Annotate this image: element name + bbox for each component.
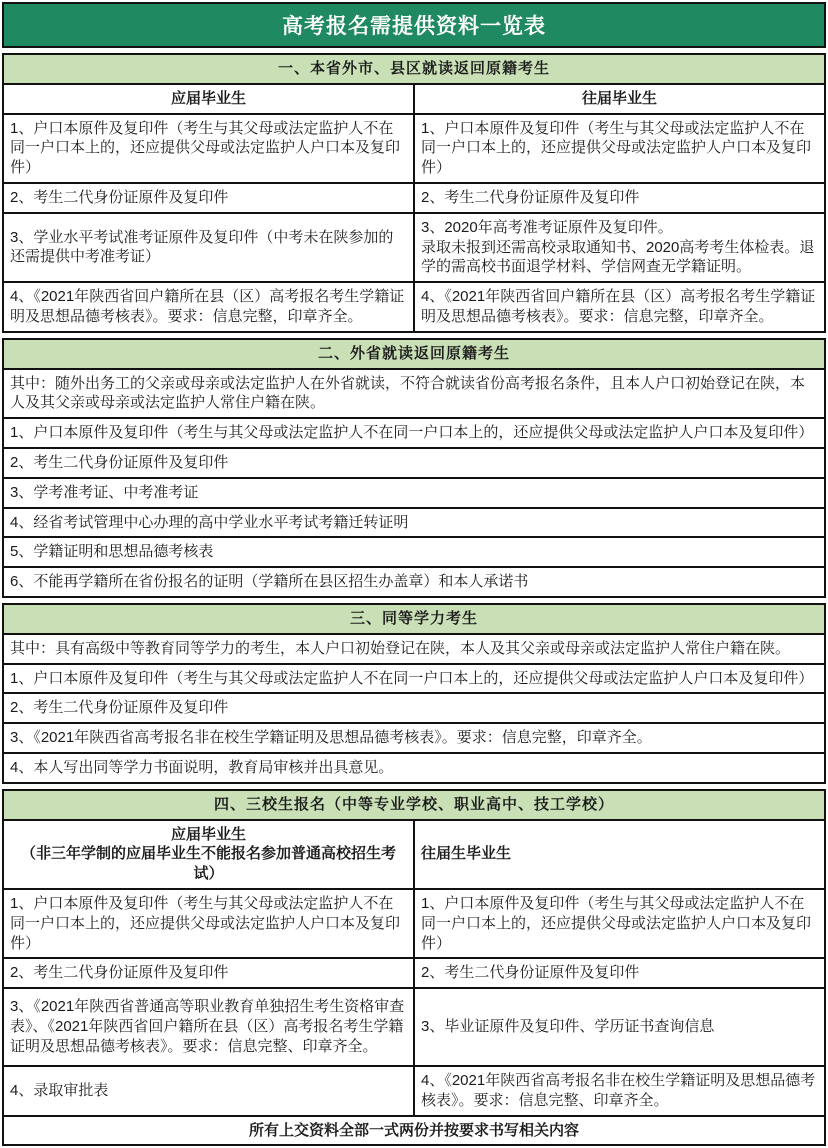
table-row: 2、考生二代身份证原件及复印件: [3, 448, 825, 478]
section-4-row-1-right: 1、户口本原件及复印件（考生与其父母或法定监护人不在同一户口本上的，还应提供父母…: [414, 889, 825, 958]
section-2-row-2: 2、考生二代身份证原件及复印件: [3, 448, 825, 478]
section-1-header: 一、本省外市、县区就读返回原籍考生: [3, 54, 825, 84]
section-1-row-1-right: 1、户口本原件及复印件（考生与其父母或法定监护人不在同一户口本上的，还应提供父母…: [414, 114, 825, 183]
section-4-row-3-right: 3、毕业证原件及复印件、学历证书查询信息: [414, 988, 825, 1066]
table-row: 其中：具有高级中等教育同等学力的考生，本人户口初始登记在陕，本人及其父亲或母亲或…: [3, 634, 825, 664]
page-title: 高考报名需提供资料一览表: [2, 2, 826, 48]
table-row: 3、学业水平考试准考证原件及复印件（中考未在陕参加的还需提供中考准考证） 3、2…: [3, 213, 825, 282]
section-2-table: 二、外省就读返回原籍考生 其中：随外出务工的父亲或母亲或法定监护人在外省就读，不…: [2, 338, 826, 598]
table-row: 3、《2021年陕西省普通高等职业教育单独招生考生资格审查表》、《2021年陕西…: [3, 988, 825, 1066]
section-2-row-3: 3、学考准考证、中考准考证: [3, 478, 825, 508]
section-1-row-4-right: 4、《2021年陕西省回户籍所在县（区）高考报名考生学籍证明及思想品德考核表》。…: [414, 282, 825, 332]
section-2-row-4: 4、经省考试管理中心办理的高中学业水平考试考籍迁转证明: [3, 508, 825, 538]
section-2-row-5: 5、学籍证明和思想品德考核表: [3, 537, 825, 567]
section-3-row-1: 1、户口本原件及复印件（考生与其父母或法定监护人不在同一户口本上的，还应提供父母…: [3, 664, 825, 694]
section-1-col-header-former-graduates: 往届毕业生: [414, 84, 825, 114]
table-row: 其中：随外出务工的父亲或母亲或法定监护人在外省就读，不符合就读省份高考报名条件，…: [3, 369, 825, 419]
section-1-row-3-left: 3、学业水平考试准考证原件及复印件（中考未在陕参加的还需提供中考准考证）: [3, 213, 414, 282]
section-3-note: 其中：具有高级中等教育同等学力的考生，本人户口初始登记在陕，本人及其父亲或母亲或…: [3, 634, 825, 664]
section-2-row-6: 6、不能再学籍所在省份报名的证明（学籍所在县区招生办盖章）和本人承诺书: [3, 567, 825, 597]
section-1-table: 一、本省外市、县区就读返回原籍考生 应届毕业生 往届毕业生 1、户口本原件及复印…: [2, 53, 826, 333]
section-3-row-2: 2、考生二代身份证原件及复印件: [3, 693, 825, 723]
section-1-row-2-right: 2、考生二代身份证原件及复印件: [414, 183, 825, 213]
table-row: 6、不能再学籍所在省份报名的证明（学籍所在县区招生办盖章）和本人承诺书: [3, 567, 825, 597]
table-row: 4、本人写出同等学力书面说明，教育局审核并出具意见。: [3, 753, 825, 783]
table-row: 2、考生二代身份证原件及复印件: [3, 693, 825, 723]
table-row: 5、学籍证明和思想品德考核表: [3, 537, 825, 567]
table-row: 2、考生二代身份证原件及复印件 2、考生二代身份证原件及复印件: [3, 183, 825, 213]
table-row: 1、户口本原件及复印件（考生与其父母或法定监护人不在同一户口本上的，还应提供父母…: [3, 664, 825, 694]
section-4-row-3-left: 3、《2021年陕西省普通高等职业教育单独招生考生资格审查表》、《2021年陕西…: [3, 988, 414, 1066]
table-row: 2、考生二代身份证原件及复印件 2、考生二代身份证原件及复印件: [3, 958, 825, 988]
section-1-col-header-current-graduates: 应届毕业生: [3, 84, 414, 114]
section-4-row-4-left: 4、录取审批表: [3, 1066, 414, 1116]
section-4-col-header-former-graduates: 往届生毕业生: [414, 820, 825, 889]
section-4-row-2-left: 2、考生二代身份证原件及复印件: [3, 958, 414, 988]
section-3-row-3: 3、《2021年陕西省高考报名非在校生学籍证明及思想品德考核表》。要求：信息完整…: [3, 723, 825, 753]
section-4-table: 四、三校生报名（中等专业学校、职业高中、技工学校） 应届毕业生 （非三年学制的应…: [2, 789, 826, 1147]
footer-note: 所有上交资料全部一式两份并按要求书写相关内容: [3, 1116, 825, 1146]
table-row: 1、户口本原件及复印件（考生与其父母或法定监护人不在同一户口本上的，还应提供父母…: [3, 889, 825, 958]
table-row: 4、经省考试管理中心办理的高中学业水平考试考籍迁转证明: [3, 508, 825, 538]
section-2-row-1: 1、户口本原件及复印件（考生与其父母或法定监护人不在同一户口本上的，还应提供父母…: [3, 418, 825, 448]
section-2-note: 其中：随外出务工的父亲或母亲或法定监护人在外省就读，不符合就读省份高考报名条件，…: [3, 369, 825, 419]
table-row: 3、《2021年陕西省高考报名非在校生学籍证明及思想品德考核表》。要求：信息完整…: [3, 723, 825, 753]
section-4-row-2-right: 2、考生二代身份证原件及复印件: [414, 958, 825, 988]
section-1-row-4-left: 4、《2021年陕西省回户籍所在县（区）高考报名考生学籍证明及思想品德考核表》。…: [3, 282, 414, 332]
section-3-header: 三、同等学力考生: [3, 604, 825, 634]
section-2-header: 二、外省就读返回原籍考生: [3, 339, 825, 369]
table-row: 4、《2021年陕西省回户籍所在县（区）高考报名考生学籍证明及思想品德考核表》。…: [3, 282, 825, 332]
section-4-row-1-left: 1、户口本原件及复印件（考生与其父母或法定监护人不在同一户口本上的，还应提供父母…: [3, 889, 414, 958]
section-1-row-3-right: 3、2020年高考准考证原件及复印件。 录取未报到还需高校录取通知书、2020高…: [414, 213, 825, 282]
table-row: 3、学考准考证、中考准考证: [3, 478, 825, 508]
table-row: 4、录取审批表 4、《2021年陕西省高考报名非在校生学籍证明及思想品德考核表》…: [3, 1066, 825, 1116]
section-3-table: 三、同等学力考生 其中：具有高级中等教育同等学力的考生，本人户口初始登记在陕，本…: [2, 603, 826, 784]
section-1-row-2-left: 2、考生二代身份证原件及复印件: [3, 183, 414, 213]
table-row: 1、户口本原件及复印件（考生与其父母或法定监护人不在同一户口本上的，还应提供父母…: [3, 114, 825, 183]
section-4-col-header-current-graduates: 应届毕业生 （非三年学制的应届毕业生不能报名参加普通高校招生考试）: [3, 820, 414, 889]
section-4-row-4-right: 4、《2021年陕西省高考报名非在校生学籍证明及思想品德考核表》。要求：信息完整…: [414, 1066, 825, 1116]
table-row: 1、户口本原件及复印件（考生与其父母或法定监护人不在同一户口本上的，还应提供父母…: [3, 418, 825, 448]
section-4-header: 四、三校生报名（中等专业学校、职业高中、技工学校）: [3, 790, 825, 820]
section-3-row-4: 4、本人写出同等学力书面说明，教育局审核并出具意见。: [3, 753, 825, 783]
section-1-row-1-left: 1、户口本原件及复印件（考生与其父母或法定监护人不在同一户口本上的，还应提供父母…: [3, 114, 414, 183]
gaokao-materials-document: 高考报名需提供资料一览表 一、本省外市、县区就读返回原籍考生 应届毕业生 往届毕…: [0, 0, 828, 1148]
